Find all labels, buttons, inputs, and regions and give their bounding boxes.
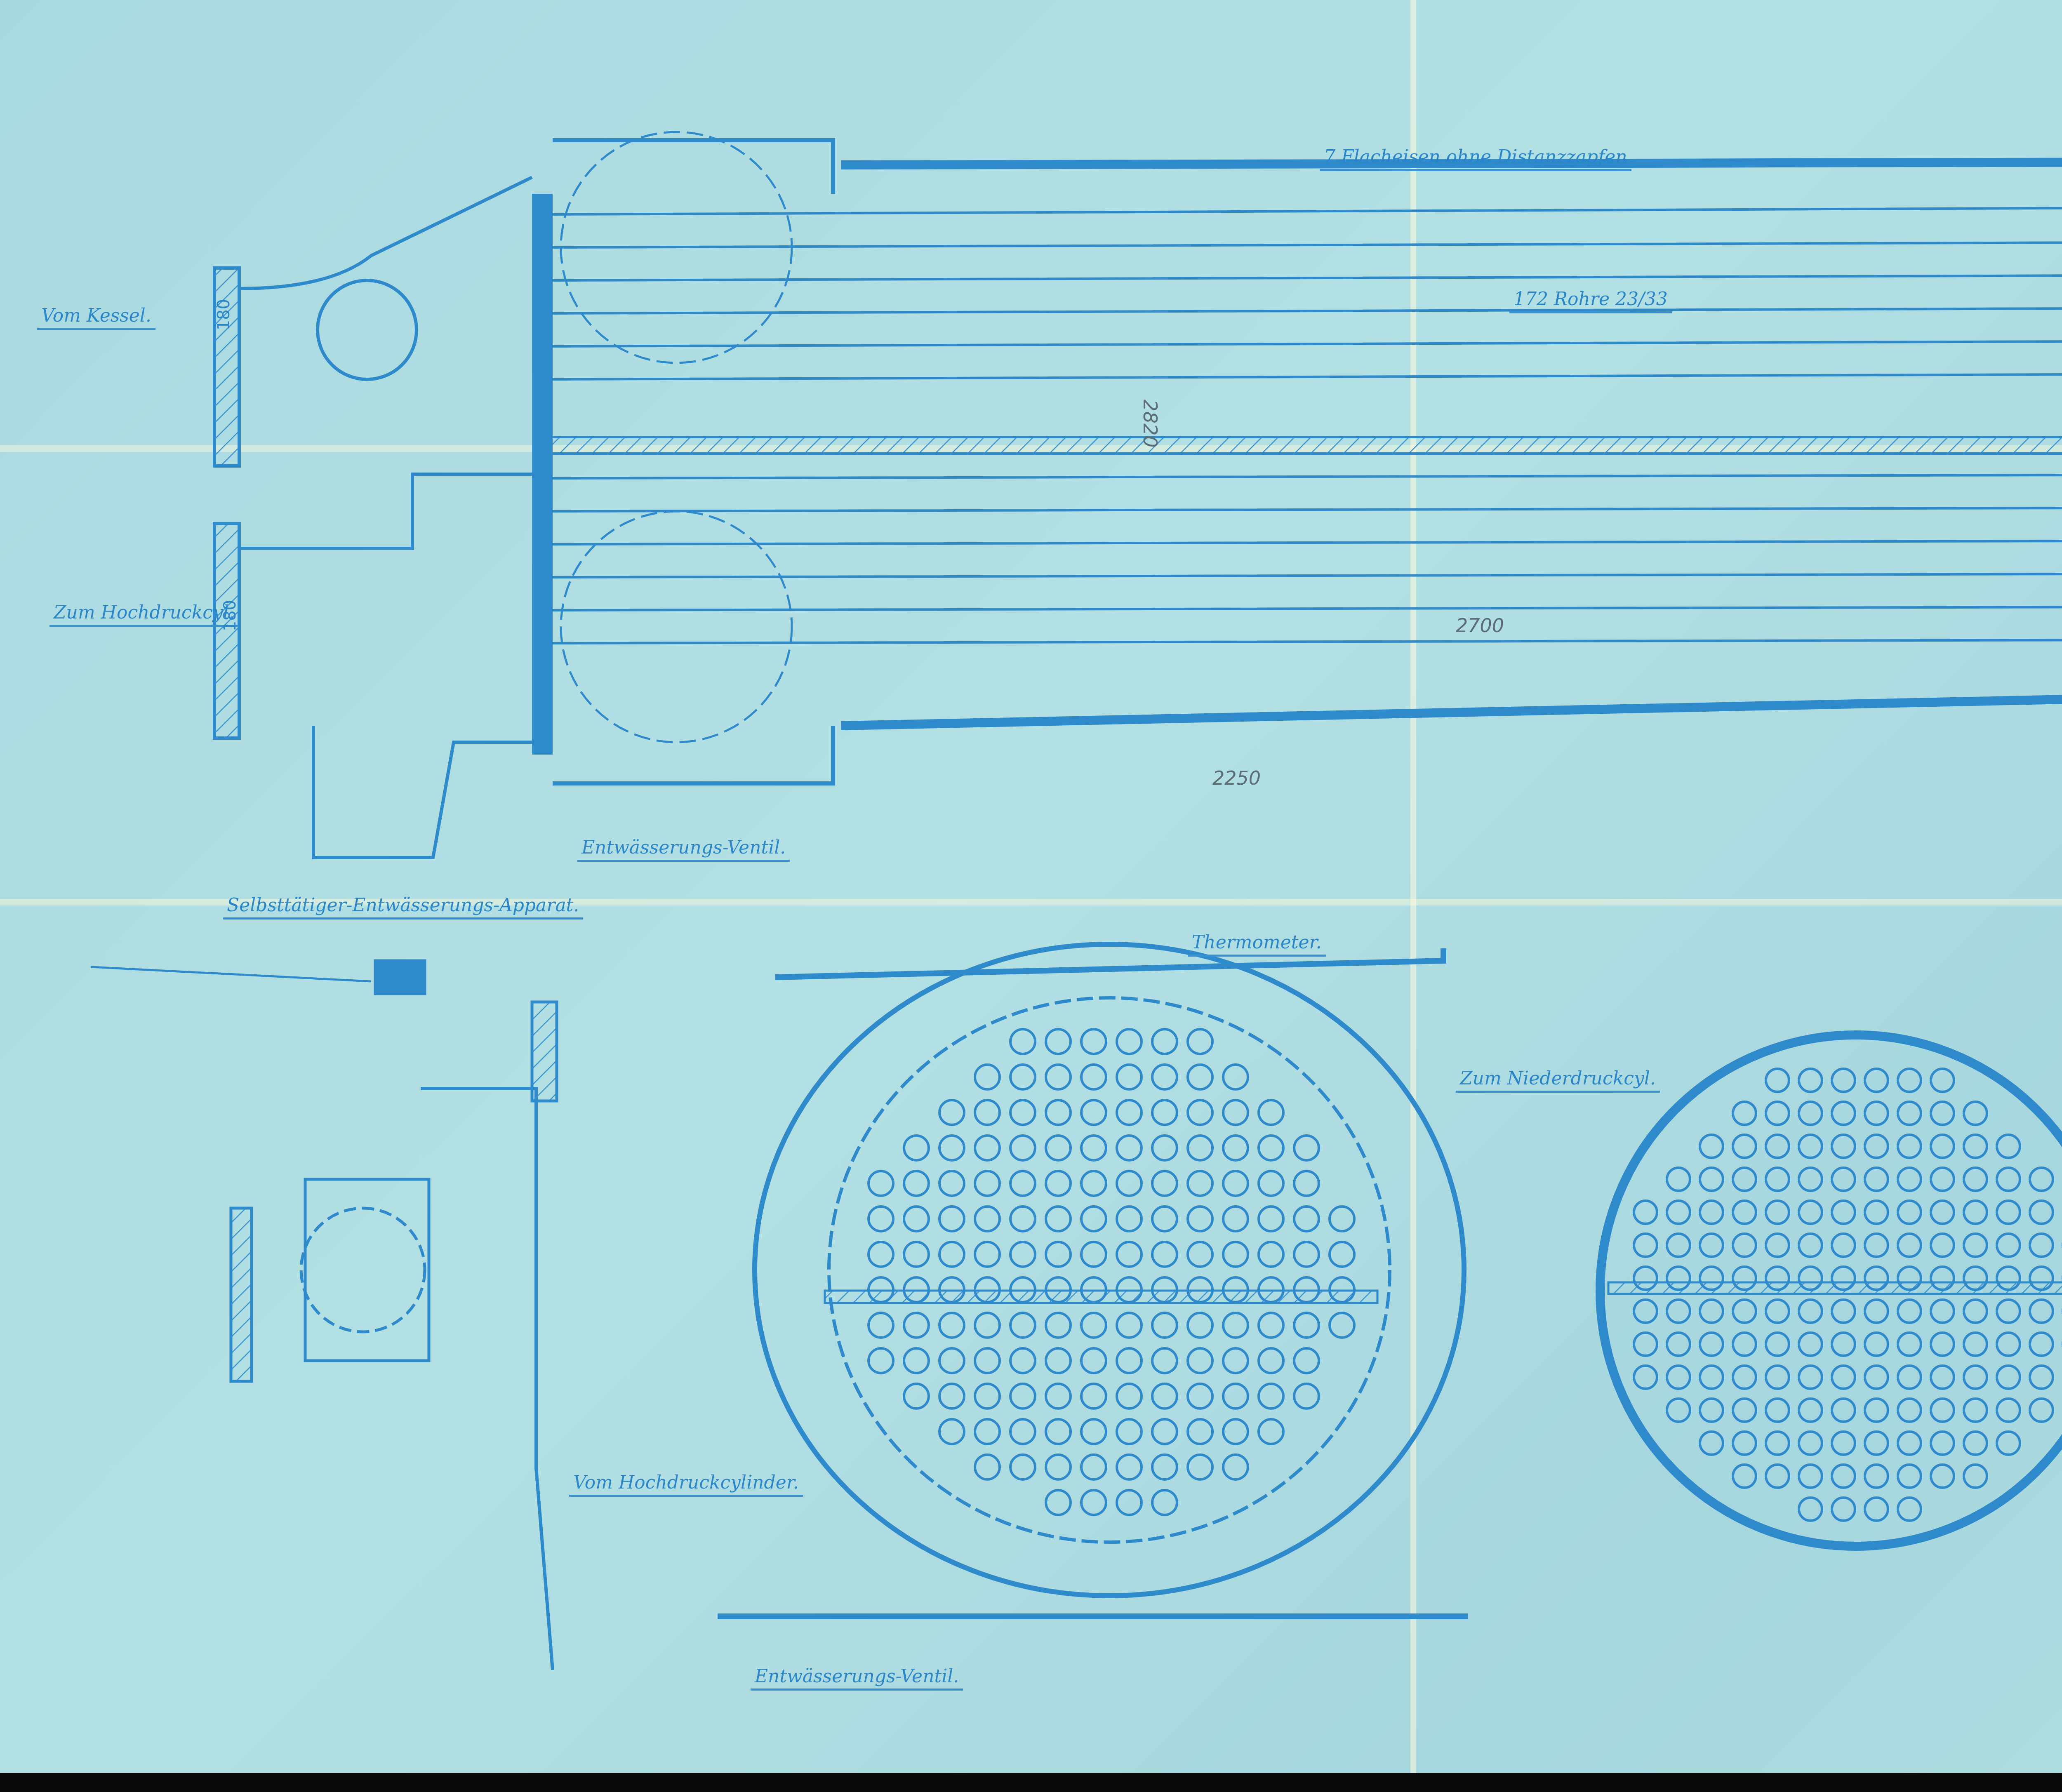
pencil-note-left: 2250 [1212,767,1261,789]
dim-flange-top: 180 [214,299,233,330]
dim-tube-length: 2700 [1456,614,1504,637]
label-thermometer: Thermometer. [1188,932,1326,957]
longitudinal-section [214,132,2062,858]
label-flacheisen-ohne: 7 Flacheisen ohne Distanzzapfen [1320,146,1631,171]
label-entwaesserungs-apparat: Selbsttätiger-Entwässerungs-Apparat. [223,895,583,920]
label-zum-hochdruckcyl: Zum Hochdruckcyl. [49,602,239,627]
cross-section-left [718,944,1468,1616]
label-vom-hochdruckcylinder: Vom Hochdruckcylinder. [569,1472,803,1497]
label-zum-niederdruckcyl: Zum Niederdruckcyl. [1456,1068,1660,1093]
label-entwaesserungs-ventil-top: Entwässerungs-Ventil. [577,837,790,862]
valve-section [91,961,557,1670]
blueprint-sheet: Receiver-Ueberhitzer von 52 qm. Heizfläc… [0,0,2062,1773]
label-vom-kessel: Vom Kessel. [37,305,155,330]
dim-flange-bottom: 180 [221,600,240,631]
label-rohre-count: 172 Rohre 23/33 [1509,289,1672,313]
cross-section-right [1600,1035,2062,1546]
label-entwaesserungs-ventil-bottom: Entwässerungs-Ventil. [751,1666,963,1691]
pencil-note-vertical: 2820 [1139,399,1161,447]
